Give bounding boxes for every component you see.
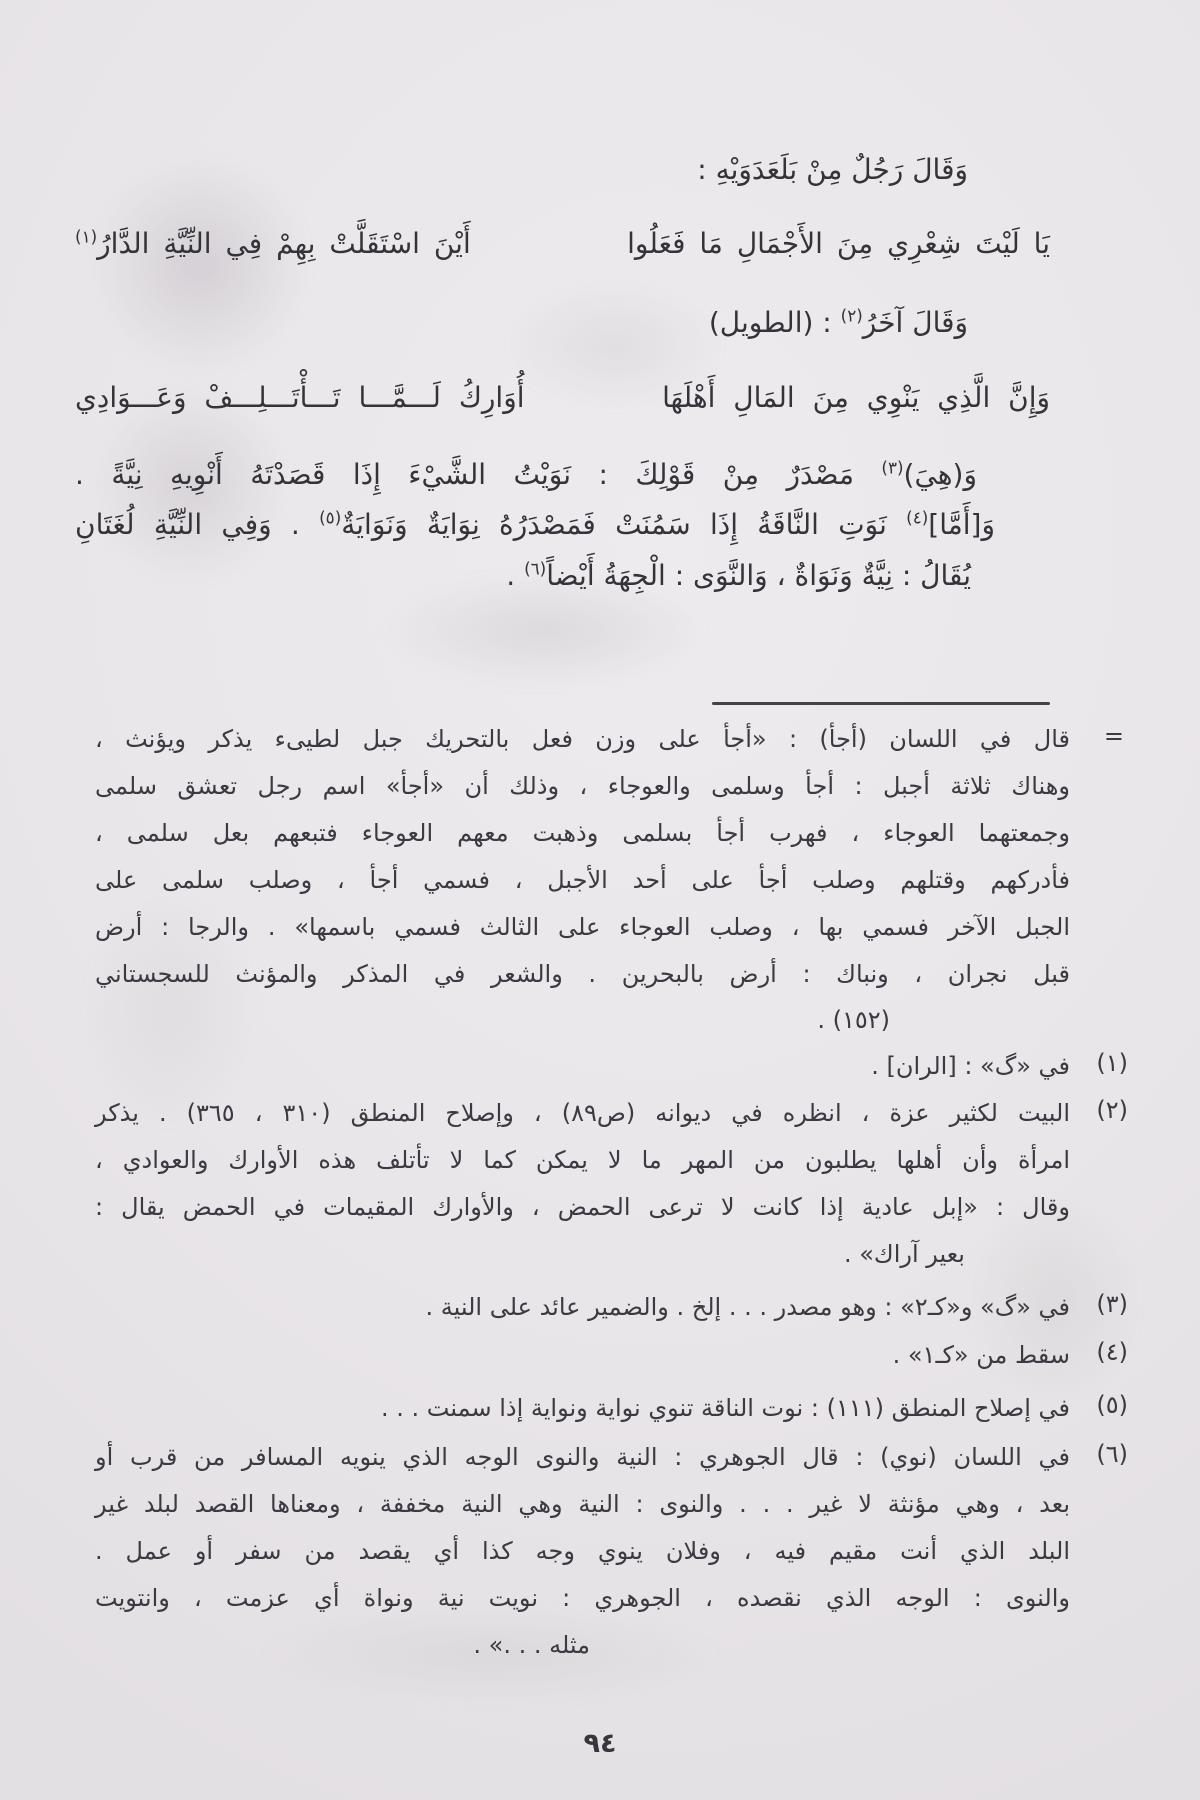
verse-2: وَإِنَّ الَّذِي يَنْوِي مِنَ المَالِ أَه… xyxy=(75,378,1050,419)
footnote-line: في اللسان (نوي) : قال الجوهري : النية وا… xyxy=(95,1440,1070,1475)
footnote-number: (٦) xyxy=(1096,1440,1128,1468)
footnote-continuation-line: وهناك ثلاثة أجبل : أجأ وسلمى والعوجاء ، … xyxy=(95,769,1070,804)
footnote-divider xyxy=(712,702,1050,705)
footnote-line: مثله . . .» . xyxy=(473,1628,590,1663)
paragraph-line-3: يُقَالُ : نِيَّةٌ وَنَوَاةٌ ، وَالنَّوَى… xyxy=(506,556,971,597)
scan-vignette xyxy=(0,0,1200,1800)
footnote-line: البيت لكثير عزة ، انظره في ديوانه (ص٨٩) … xyxy=(95,1096,1070,1131)
footnote-continuation-line: قال في اللسان (أجأ) : «أجأ على وزن فعل ب… xyxy=(95,722,1070,757)
footnote-continuation-line: الجبل الآخر فسمي بها ، وصلب العوجاء على … xyxy=(95,910,1070,945)
verse-1: يَا لَيْتَ شِعْرِي مِنَ الأَجْمَالِ مَا … xyxy=(75,224,1050,265)
footnote-line: في «گ» : [الران] . xyxy=(871,1049,1070,1084)
paragraph-line-2: وَ[أَمَّا](٤) نَوَتِ النَّاقَةُ إِذَا سَ… xyxy=(75,505,995,546)
verse-2-hemistich-left: أُوَارِكُ لَـــمَّـــا تَـــأْتَـــلِـــ… xyxy=(75,378,525,419)
footnote-line: والنوى : الوجه الذي نقصده ، الجوهري : نو… xyxy=(95,1581,1070,1616)
footnote-number: (٣) xyxy=(1096,1290,1128,1318)
footnote-number: (١) xyxy=(1096,1049,1128,1077)
floral-watermark-ghost xyxy=(50,115,350,415)
footnote-line: البلد الذي أنت مقيم فيه ، وفلان ينوي وجه… xyxy=(95,1534,1070,1569)
book-page-scan: وَقَالَ رَجُلٌ مِنْ بَلَعَدَوَيْهِ : يَا… xyxy=(0,0,1200,1800)
footnote-line: في «گ» و«كـ٢» : وهو مصدر . . . إلخ . وال… xyxy=(425,1290,1070,1325)
footnote-line: بعير آراك» . xyxy=(844,1237,965,1272)
footnote-continuation-marker: = xyxy=(1104,722,1124,750)
footnote-continuation-line: (١٥٢) . xyxy=(817,1003,890,1038)
footnote-line: وقال : «إبل عادية إذا كانت لا ترعى الحمض… xyxy=(95,1190,1070,1225)
footnote-continuation-line: قبل نجران ، ونباك : أرض بالبحرين . والشع… xyxy=(95,957,1070,992)
footnote-line: امرأة وأن أهلها يطلبون من المهر ما لا يم… xyxy=(95,1143,1070,1178)
footnote-number: (٢) xyxy=(1096,1096,1128,1124)
footnote-continuation-line: وجمعتهما العوجاء ، فهرب أجأ بسلمى وذهبت … xyxy=(95,816,1070,851)
verse-1-hemistich-right: يَا لَيْتَ شِعْرِي مِنَ الأَجْمَالِ مَا … xyxy=(627,224,1050,265)
footnote-line: سقط من «كـ١» . xyxy=(893,1338,1070,1373)
footnote-number: (٥) xyxy=(1096,1391,1128,1419)
footnote-line: في إصلاح المنطق (١١١) : نوت الناقة تنوي … xyxy=(381,1391,1070,1426)
footnote-continuation-line: فأدركهم وقتلهم وصلب أجأ على أحد الأجبل ،… xyxy=(95,863,1070,898)
verse-2-hemistich-right: وَإِنَّ الَّذِي يَنْوِي مِنَ المَالِ أَه… xyxy=(662,378,1050,419)
footnote-line: بعد ، وهي مؤنثة لا غير . . . والنوى : ال… xyxy=(95,1487,1070,1522)
intro-line-2: وَقَالَ آخَرُ(٢) : (الطويل) xyxy=(709,303,968,344)
page-number: ٩٤ xyxy=(0,1728,1200,1759)
footnote-number: (٤) xyxy=(1096,1338,1128,1366)
intro-line-1: وَقَالَ رَجُلٌ مِنْ بَلَعَدَوَيْهِ : xyxy=(697,150,968,191)
paragraph-line-1: وَ(هِيَ)(٣) مَصْدَرٌ مِنْ قَوْلِكَ : نَو… xyxy=(75,455,977,496)
verse-1-hemistich-left: أَيْنَ اسْتَقَلَّتْ بِهِمْ فِي النِّيَّة… xyxy=(75,224,471,265)
